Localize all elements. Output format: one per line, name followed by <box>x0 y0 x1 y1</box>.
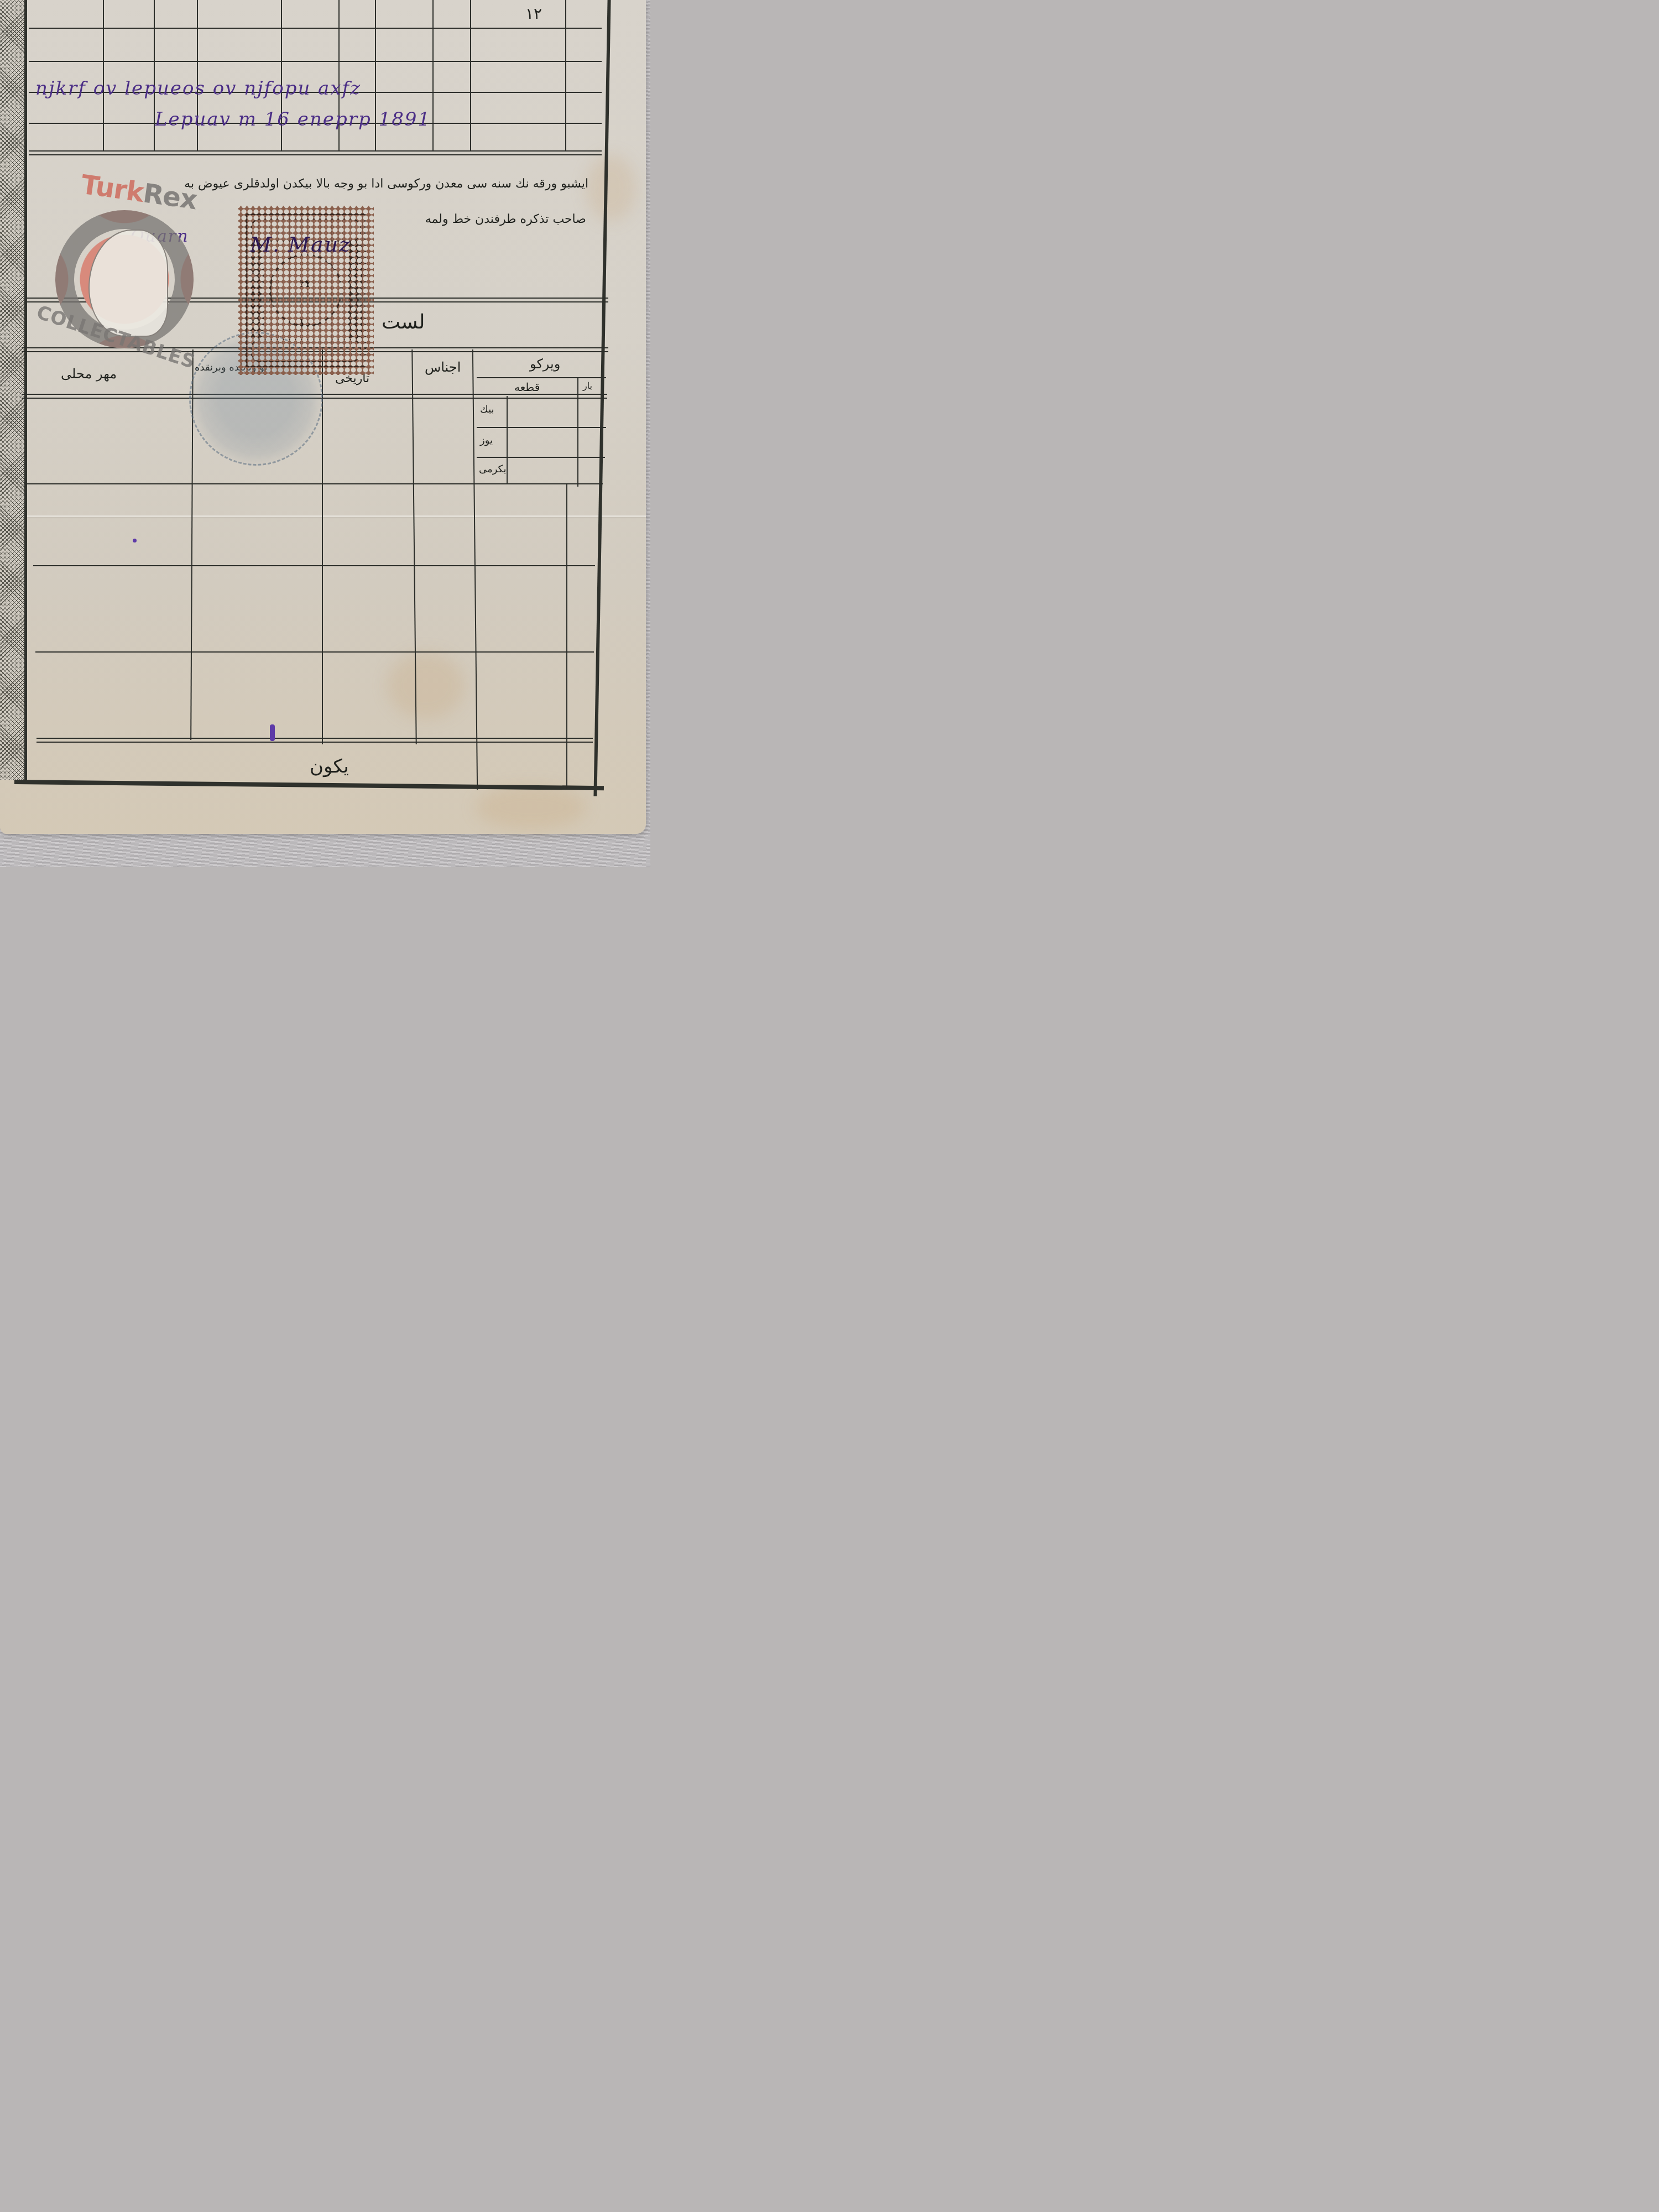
sub-row-rule <box>477 457 605 458</box>
top-grid-col <box>432 0 434 152</box>
sub-row-label: يوز <box>480 435 493 446</box>
table-col <box>566 484 567 789</box>
header-seal-place: مهر محلی <box>61 366 117 382</box>
stamp-bottom-cartouche <box>251 339 361 362</box>
guilloche-border <box>0 0 25 780</box>
handwritten-line-1: njkrf ov lepueos ov njfopu axfz <box>35 77 361 100</box>
turkrex-watermark: TurkRex COLLECTABLES <box>33 177 210 365</box>
total-row-rule <box>36 738 593 743</box>
ink-drip <box>270 724 275 741</box>
header-number: بار <box>583 380 592 391</box>
watermark-brand: TurkRex <box>79 169 199 216</box>
document-paper: ١٢ njkrf ov lepueos ov njfopu axfz Lepua… <box>0 0 646 834</box>
header-kind: اجناس <box>425 359 461 375</box>
total-row-label: یكون <box>310 755 349 778</box>
table-col <box>472 349 478 790</box>
age-stain <box>586 155 636 221</box>
sub-row-col <box>507 396 508 484</box>
top-grid-col <box>565 0 566 152</box>
top-grid-col <box>470 0 471 152</box>
fold-crease <box>0 515 646 517</box>
age-stain <box>476 785 586 830</box>
stamp-denomination: ١٠ <box>299 315 313 331</box>
top-grid-col <box>103 0 104 152</box>
sub-row-label: بيك <box>480 404 494 415</box>
top-grid-rule <box>29 61 602 62</box>
header-quantity-sub: قطعه <box>514 380 540 394</box>
sub-row-label: بكرمی <box>479 463 507 475</box>
top-grid-rule <box>29 28 602 29</box>
signature-2: M. Mauz <box>250 232 351 257</box>
printed-text-line-1: ایشبو ورقه نك سنه سی معدن وركوسی ادا بو … <box>184 177 588 191</box>
page-number: ١٢ <box>525 4 542 23</box>
table-row-rule <box>35 651 594 653</box>
age-stain <box>387 653 465 719</box>
table-row-rule <box>24 483 603 484</box>
handwritten-date-line: Lepuav m 16 eneprp 1891 <box>155 108 431 131</box>
frame-bottom <box>14 780 604 790</box>
header-sub-rule <box>477 377 606 378</box>
watermark-brand-part-1: Turk <box>79 169 145 208</box>
table-col <box>577 378 578 487</box>
frame-left <box>24 0 27 781</box>
sub-row-rule <box>477 427 606 428</box>
top-section-divider <box>29 150 602 155</box>
ink-dot <box>133 539 137 542</box>
tughra-icon: ❧ <box>298 273 314 295</box>
printed-text-line-2: صاحب تذكره طرفندن خط ولمه <box>425 212 586 226</box>
table-row-rule <box>33 565 595 566</box>
header-quantity-group: ويركو <box>530 356 560 372</box>
watermark-brand-part-2: Rex <box>141 178 199 216</box>
revenue-stamp: ❧ ١٠ <box>238 206 374 375</box>
table-heading: لست <box>382 311 425 333</box>
